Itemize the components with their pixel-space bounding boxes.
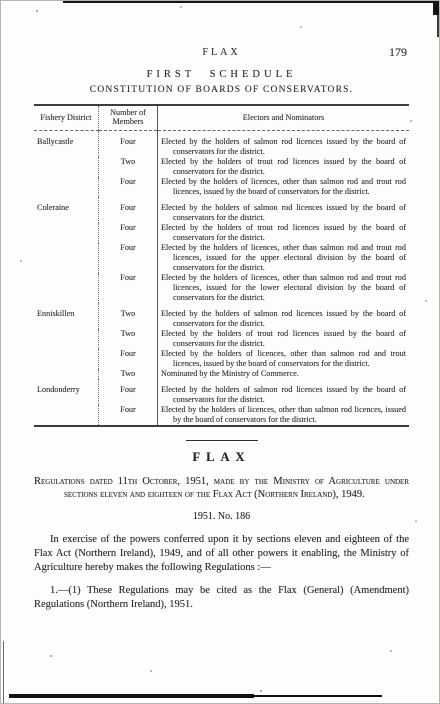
electors-text: Elected by the holders of trout rod lice… — [161, 223, 406, 243]
district-cell: Ballycastle — [34, 130, 99, 157]
district-cell — [34, 369, 99, 379]
table-row: FourElected by the holders of licences, … — [34, 405, 409, 426]
electors-cell: Elected by the holders of trout rod lice… — [158, 223, 410, 243]
electors-text: Elected by the holders of salmon rod lic… — [161, 385, 406, 405]
district-cell — [34, 157, 99, 177]
table-row: TwoElected by the holders of trout rod l… — [34, 157, 409, 177]
member-count-cell: Two — [99, 369, 158, 379]
member-count-cell: Two — [99, 157, 158, 177]
statutory-rule-citation: 1951. No. 186 — [34, 511, 409, 522]
electors-cell: Nominated by the Ministry of Commerce. — [158, 369, 410, 379]
district-cell: Londonderry — [34, 379, 99, 405]
electors-cell: Elected by the holders of salmon rod lic… — [158, 197, 410, 223]
electors-text: Elected by the holders of licences, othe… — [161, 405, 406, 425]
table-row: TwoNominated by the Ministry of Commerce… — [34, 369, 409, 379]
member-count-cell: Four — [99, 379, 158, 405]
regulation-1-paragraph: 1.—(1) These Regulations may be cited as… — [34, 584, 409, 612]
district-cell: Enniskillen — [34, 303, 99, 329]
district-cell — [34, 177, 99, 197]
scan-artifact-right-edge — [437, 15, 439, 37]
scan-artifact-top-right-corner — [433, 1, 439, 15]
schedule-subtitle: CONSTITUTION OF BOARDS OF CONSERVATORS. — [34, 85, 409, 95]
member-count-cell: Four — [99, 349, 158, 369]
scanned-document-page: FLAX 179 FIRST SCHEDULE CONSTITUTION OF … — [0, 0, 440, 704]
table-row: EnniskillenTwoElected by the holders of … — [34, 303, 409, 329]
member-count-cell: Two — [99, 329, 158, 349]
running-header-title: FLAX — [34, 47, 409, 58]
member-count-cell: Four — [99, 273, 158, 303]
member-count-cell: Four — [99, 243, 158, 273]
member-count-cell: Four — [99, 197, 158, 223]
electors-cell: Elected by the holders of salmon rod lic… — [158, 130, 410, 157]
electors-text: Elected by the holders of salmon rod lic… — [161, 137, 406, 157]
member-count-cell: Two — [99, 303, 158, 329]
electors-text: Elected by the holders of trout rod lice… — [161, 157, 406, 177]
member-count-cell: Four — [99, 177, 158, 197]
member-count-cell: Four — [99, 223, 158, 243]
table-row: FourElected by the holders of licences, … — [34, 349, 409, 369]
electors-text: Elected by the holders of trout rod lice… — [161, 329, 406, 349]
conservators-table-body: BallycastleFourElected by the holders of… — [34, 130, 409, 426]
conservators-table: Fishery District Number of Members Elect… — [34, 104, 409, 427]
header-electors-nominators: Electors and Nominators — [158, 105, 410, 130]
enacting-paragraph: In exercise of the powers conferred upon… — [34, 533, 409, 575]
header-number-of-members: Number of Members — [99, 105, 158, 130]
member-count-cell: Four — [99, 130, 158, 157]
district-cell — [34, 405, 99, 426]
table-row: BallycastleFourElected by the holders of… — [34, 130, 409, 157]
scan-artifact-bottom-band — [9, 694, 254, 698]
scan-artifact-top-line — [63, 1, 439, 3]
table-header-row: Fishery District Number of Members Elect… — [34, 105, 409, 130]
electors-text: Nominated by the Ministry of Commerce. — [161, 369, 406, 379]
electors-cell: Elected by the holders of licences, othe… — [158, 273, 410, 303]
table-row: FourElected by the holders of licences, … — [34, 273, 409, 303]
flax-section-title: FLAX — [34, 450, 409, 465]
electors-cell: Elected by the holders of salmon rod lic… — [158, 303, 410, 329]
district-cell — [34, 273, 99, 303]
electors-text: Elected by the holders of licences, othe… — [161, 243, 406, 273]
district-cell — [34, 329, 99, 349]
scan-artifact-left-edge — [3, 641, 4, 703]
regulations-preamble: Regulations dated 11th October, 1951, ma… — [34, 475, 409, 502]
electors-cell: Elected by the holders of licences, othe… — [158, 405, 410, 426]
table-row: ColeraineFourElected by the holders of s… — [34, 197, 409, 223]
section-divider-rule — [186, 440, 258, 441]
electors-text: Elected by the holders of licences, othe… — [161, 273, 406, 303]
district-cell — [34, 223, 99, 243]
electors-text: Elected by the holders of salmon rod lic… — [161, 309, 406, 329]
electors-cell: Elected by the holders of licences, othe… — [158, 349, 410, 369]
electors-text: Elected by the holders of licences, othe… — [161, 349, 406, 369]
table-row: TwoElected by the holders of trout rod l… — [34, 329, 409, 349]
page-content: FLAX 179 FIRST SCHEDULE CONSTITUTION OF … — [34, 47, 409, 620]
electors-cell: Elected by the holders of salmon rod lic… — [158, 379, 410, 405]
table-row: LondonderryFourElected by the holders of… — [34, 379, 409, 405]
schedule-title: FIRST SCHEDULE — [34, 69, 409, 80]
electors-cell: Elected by the holders of trout rod lice… — [158, 157, 410, 177]
table-row: FourElected by the holders of licences, … — [34, 177, 409, 197]
electors-text: Elected by the holders of salmon rod lic… — [161, 203, 406, 223]
electors-cell: Elected by the holders of trout rod lice… — [158, 329, 410, 349]
electors-cell: Elected by the holders of licences, othe… — [158, 243, 410, 273]
page-number: 179 — [389, 45, 407, 60]
member-count-cell: Four — [99, 405, 158, 426]
electors-cell: Elected by the holders of licences, othe… — [158, 177, 410, 197]
district-cell — [34, 243, 99, 273]
header-fishery-district: Fishery District — [34, 105, 99, 130]
district-cell — [34, 349, 99, 369]
table-row: FourElected by the holders of licences, … — [34, 243, 409, 273]
table-row: FourElected by the holders of trout rod … — [34, 223, 409, 243]
running-header: FLAX 179 — [34, 47, 409, 62]
scan-artifact-bottom-thin-line — [254, 695, 382, 697]
conservators-table-head: Fishery District Number of Members Elect… — [34, 105, 409, 130]
electors-text: Elected by the holders of licences, othe… — [161, 177, 406, 197]
district-cell: Coleraine — [34, 197, 99, 223]
